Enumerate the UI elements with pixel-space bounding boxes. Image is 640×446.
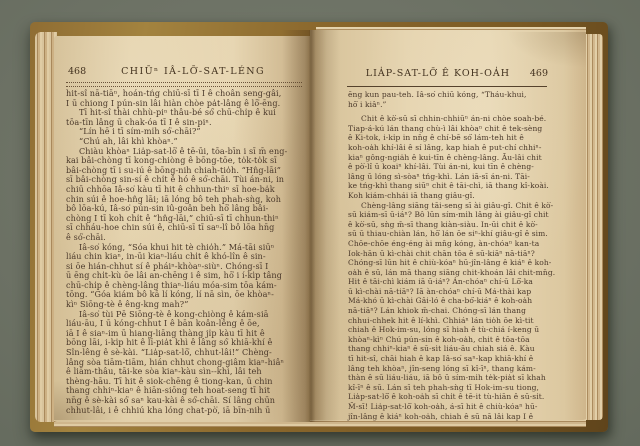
left-page: 468 CHIŪⁿ IÂ-LŌ͘-SAT-LÉNG hit-sî nā-tiāⁿ… <box>54 36 310 422</box>
photo-background: { "colors": { "background": "#6d7265", "… <box>0 0 640 446</box>
text-line: Chóng-sī lūn hit ê chiù-kóaⁿ hū-jîn-lâng… <box>348 258 550 268</box>
text-line: kî-īⁿ ê sū. Lán sī teh phah-sǹg tī Hok-i… <box>348 383 550 393</box>
paragraph: hit-sî nā-tiāⁿ, hoán-tńg chiū-sī tī I ê … <box>66 89 308 108</box>
text-line: ke tńg-khì thang siūⁿ chit ê tāi-chì, iā… <box>348 181 550 191</box>
paragraph: Iâ-so͘ tùi Pē Siōng-tè ê kong-chiòng ê k… <box>66 310 308 416</box>
text-line: lâng ū lóng sì-sòaⁿ tńg-khì. Lán iā-sī á… <box>348 172 550 182</box>
text-line: tī hit-sî, chāi hiah ê kap Iâ-so͘ saⁿ-ka… <box>348 354 550 364</box>
text-line: Chèng-lâng siāng tāi-seng sī ài giâu-gî.… <box>348 201 550 211</box>
right-page: LIA̍P-SAT-LŌ͘ Ê KOH-OA̍H 469 ēng kun pau… <box>310 30 586 420</box>
text-line: sū ū thiau-chiàn lán, hō͘ lán ōe siⁿ-khí… <box>348 229 550 239</box>
open-book: 468 CHIŪⁿ IÂ-LŌ͘-SAT-LÉNG hit-sî nā-tiāⁿ… <box>30 22 608 432</box>
paragraph: Iâ-so͘ kóng, “Sóa khui hit tè chio̍h.” M… <box>66 243 308 310</box>
text-line: M̄-sī! Lia̍p-sat-lō͘ koh-oa̍h, á-sī hit … <box>348 402 550 412</box>
page-edges-right <box>585 34 603 420</box>
paragraph: Chit ê kò͘-sū sī chhin-chhiūⁿ án-ni chòe… <box>348 114 550 200</box>
text-line: ê Ki-tok, i-ki̍p in nn̄g ê chí-bē só͘ lá… <box>348 133 550 143</box>
text-line: chiah ê Hok-im-su, lóng sī hiah ê tù-chi… <box>348 325 550 335</box>
paragraph: Chiàu khòaⁿ Lia̍p-sat-lō͘ ê tē-ūi, tōa-b… <box>66 147 308 243</box>
text-line: chhui-chhek hit ê lí-khì. Chhiáⁿ lán tio… <box>348 316 550 326</box>
right-running-head: LIA̍P-SAT-LŌ͘ Ê KOH-OA̍H <box>346 68 530 79</box>
text-line: Hit ê tāi-chì kiám iā ū-iáⁿ? Án-chóaⁿ ch… <box>348 277 550 287</box>
right-page-text: ēng kun pau-teh. Iâ-so͘ chiū kóng, “Tháu… <box>348 90 550 421</box>
text-line: hō͘ i kiâⁿ.” <box>348 100 550 110</box>
left-page-number: 468 <box>68 66 86 77</box>
text-line: Lia̍p-sat-lō͘ ê koh-oa̍h sī chi̍t ê tē-i… <box>348 392 550 402</box>
text-line: thang chhiⁿ-kiaⁿ ê sū-si̍t liáu-āu chiah… <box>348 344 550 354</box>
text-line: ēng kun pau-teh. Iâ-so͘ chiū kóng, “Tháu… <box>348 90 550 100</box>
text-line: koh-oa̍h khí-lâi ê sí lâng, kap hiah ê p… <box>348 143 550 153</box>
right-page-header: LIA̍P-SAT-LŌ͘ Ê KOH-OA̍H 469 <box>346 68 548 79</box>
text-line: Chōe-chōe éng-éng ài mn̄g kóng, àn-chóaⁿ… <box>348 239 550 249</box>
text-line: ū kì-chài nā-tiāⁿ? Iā àn-chóaⁿ chí-ū Má-… <box>348 287 550 297</box>
left-page-header: 468 CHIŪⁿ IÂ-LŌ͘-SAT-LÉNG <box>68 66 300 77</box>
paragraph: ēng kun pau-teh. Iâ-so͘ chiū kóng, “Tháu… <box>348 90 550 109</box>
text-line: ê pò͘-lî ū koaiⁿ khí-lâi. Tùi án-ni, kui… <box>348 162 550 172</box>
text-line: Chit ê kò͘-sū sī chhin-chhiūⁿ án-ni chòe… <box>348 114 550 124</box>
text-line: ê kò͘-sū, sǹg m̄-sī thang kiàn-siàu. In-… <box>348 220 550 230</box>
right-page-number: 469 <box>530 68 548 79</box>
text-line: Iok-hān ū kì-chài chit chān tōa ê sū-kiā… <box>348 249 550 259</box>
text-line: Má-khó ū kì-chài Gâi-ló ê cha-bó͘-kiáⁿ ê… <box>348 296 550 306</box>
left-running-head: CHIŪⁿ IÂ-LŌ͘-SAT-LÉNG <box>86 66 300 77</box>
text-line: kiaⁿ gông-ngia̍h ê kui-tīn ê chèng-lâng.… <box>348 153 550 163</box>
text-line: Tiap-á-kú lán thang chù-ì lâi khòaⁿ chit… <box>348 124 550 134</box>
paragraph: Chèng-lâng siāng tāi-seng sī ài giâu-gî.… <box>348 201 550 422</box>
text-line: sū kiám-sī ū-iáⁿ? Bô lūn sím-mi̍h lâng à… <box>348 210 550 220</box>
text-line: thàn ê sū liáu-liáu, iā bô ū sím-mi̍h te… <box>348 373 550 383</box>
text-line: nā-tiāⁿ? Lán khiok m̄-chai. Chóng-sī lán… <box>348 306 550 316</box>
text-line: lâng teh khòaⁿ, jîn-seng lóng sī kî-īⁿ, … <box>348 364 550 374</box>
text-line: jîn-lâng ê kiáⁿ koh-oa̍h, chiah ê sū nā … <box>348 412 550 422</box>
text-line: chhut-lâi, i ê chhiú kha lóng chat-pò͘, … <box>66 406 308 416</box>
right-header-rule <box>347 86 547 87</box>
paragraph: Tī hit-sî thài chhù-piⁿ thâu-bé só͘ chū-… <box>66 108 308 127</box>
text-line: khòaⁿ-kìⁿ Chú pún-sin ê koh-oa̍h, chit ê… <box>348 335 550 345</box>
left-header-rule <box>66 82 302 87</box>
left-page-text: hit-sî nā-tiāⁿ, hoán-tńg chiū-sī tī I ê … <box>66 89 308 415</box>
text-line: Koh kiám-chhái iā thang giâu-gî. <box>348 191 550 201</box>
text-line: oa̍h ê sū, lán mā thang siāng chit-khoán… <box>348 268 550 278</box>
